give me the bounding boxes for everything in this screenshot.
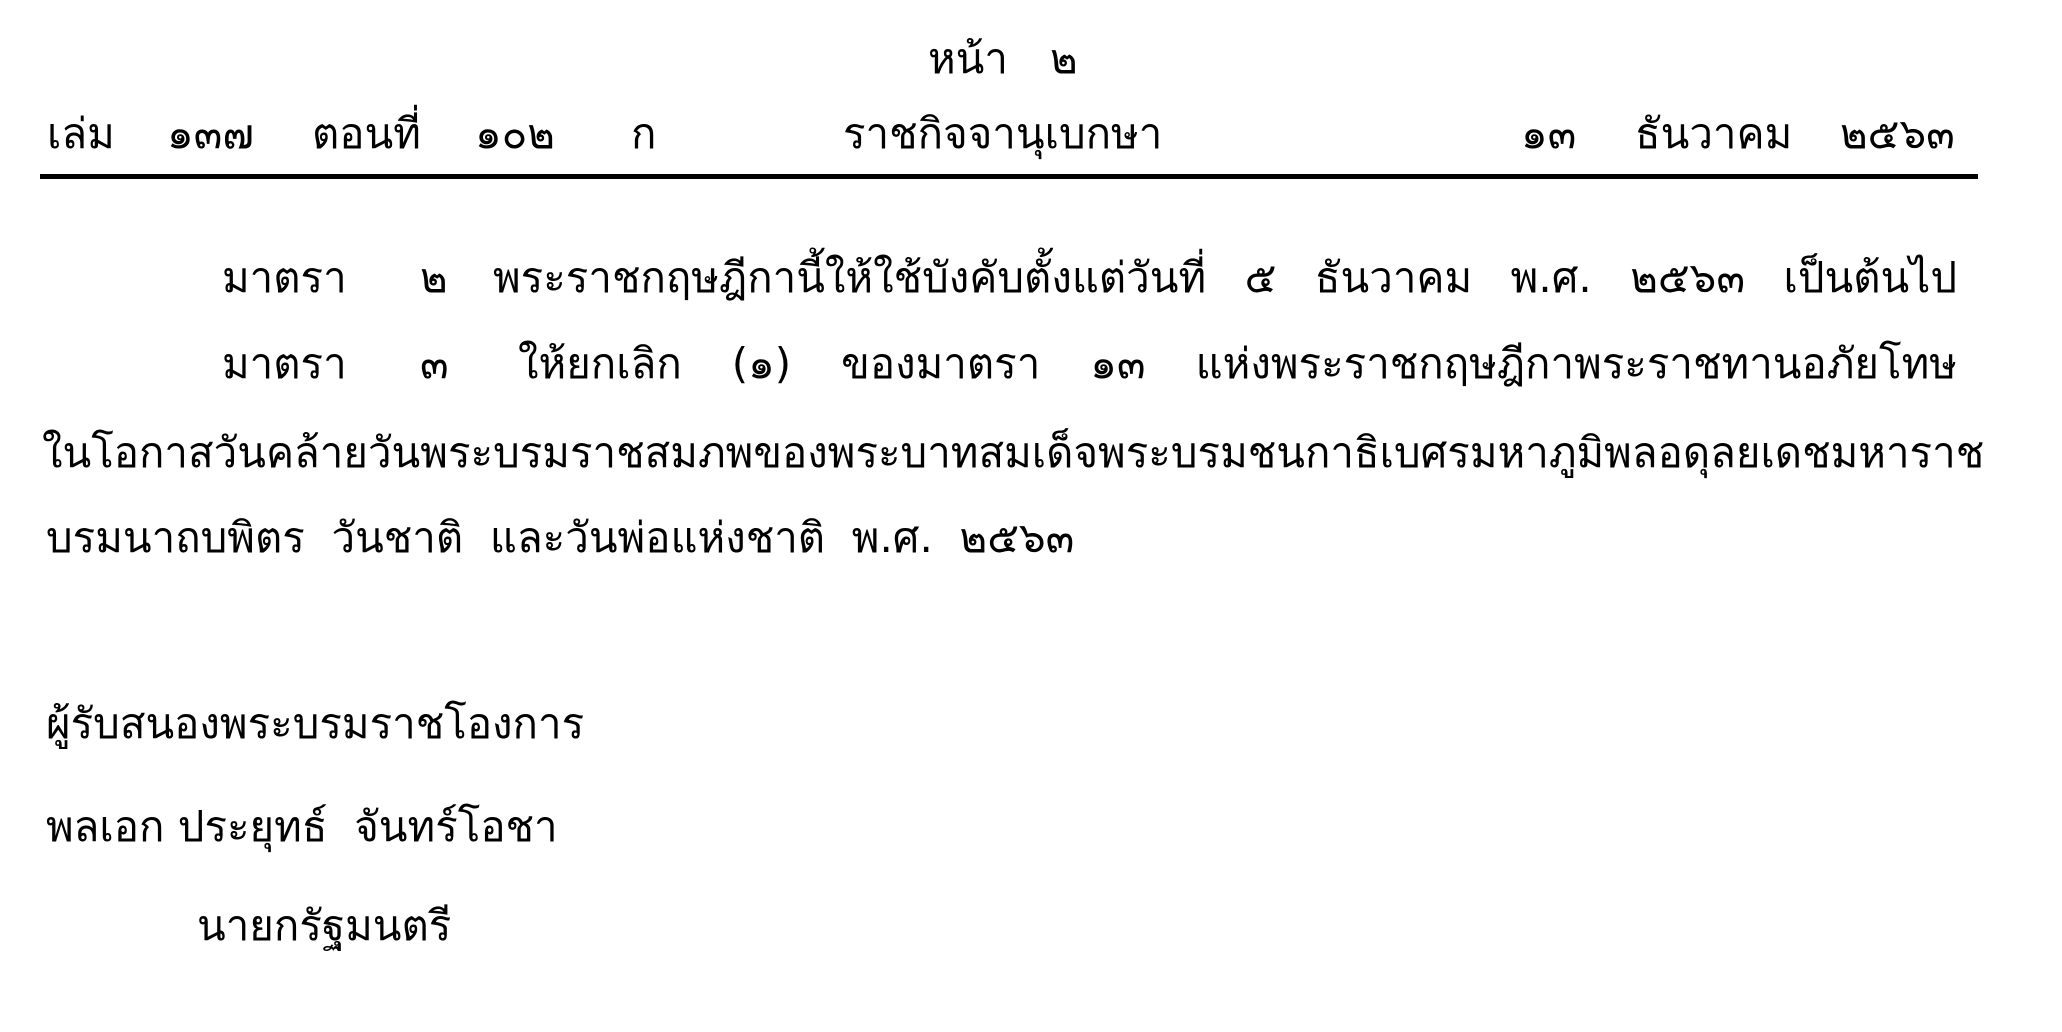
section2-label: มาตรา <box>222 257 347 299</box>
section2-word: พระราชกฤษฎีกานี้ให้ใช้บังคับตั้งแต่วันที… <box>493 257 1206 299</box>
page-number: ๒ <box>1050 38 1078 80</box>
publication-title: ราชกิจจานุเบกษา <box>843 113 1162 155</box>
countersign-label: ผู้รับสนองพระบรมราชโองการ <box>46 703 584 745</box>
volume-number: ๑๓๗ <box>167 113 254 155</box>
section3-word: ของมาตรา <box>841 343 1040 385</box>
section3-number: ๓ <box>420 343 449 385</box>
section3-word: ๑๓ <box>1090 343 1145 385</box>
section3-label: มาตรา <box>222 343 347 385</box>
section3-word: มหาภูมิพลอดุลยเดชมหาราช <box>1470 432 1984 474</box>
date-month: ธันวาคม <box>1635 113 1792 155</box>
signatory-title: นายกรัฐมนตรี <box>197 905 451 947</box>
section3-line1: ให้ยกเลิก (๑) ของมาตรา ๑๓ แห่งพระราชกฤษฎ… <box>518 343 1957 385</box>
section3-word: ให้ยกเลิก <box>518 343 682 385</box>
section-suffix: ก <box>631 113 656 155</box>
section3-word: ในโอกาสวันคล้ายวันพระบรมราชสมภพของพระบาท… <box>42 432 1470 474</box>
section2-word: พ.ศ. <box>1511 257 1592 299</box>
section2-text: พระราชกฤษฎีกานี้ให้ใช้บังคับตั้งแต่วันที… <box>493 257 1957 299</box>
page-number-text: ๒ <box>1050 34 1078 83</box>
page-label: หน้า <box>928 38 1008 80</box>
signatory-name: พลเอก ประยุทธ์ จันทร์โอชา <box>46 806 558 848</box>
header-divider <box>40 174 1978 179</box>
section2-word: เป็นต้นไป <box>1784 257 1958 299</box>
section3-word: แห่งพระราชกฤษฎีกาพระราชทานอภัยโทษ <box>1196 343 1957 385</box>
section3-line2: ในโอกาสวันคล้ายวันพระบรมราชสมภพของพระบาท… <box>42 432 1957 474</box>
section3-word: (๑) <box>732 343 791 385</box>
date-day: ๑๓ <box>1521 113 1576 155</box>
page-label-text: หน้า <box>928 34 1008 83</box>
section2-word: ธันวาคม <box>1315 257 1472 299</box>
section2-number: ๒ <box>420 257 448 299</box>
date-year: ๒๕๖๓ <box>1840 113 1955 155</box>
volume-label: เล่ม <box>47 113 115 155</box>
section2-word: ๒๕๖๓ <box>1630 257 1745 299</box>
section-label: ตอนที่ <box>312 113 421 155</box>
section2-word: ๕ <box>1245 257 1277 299</box>
section3-line3: บรมนาถบพิตร วันชาติ และวันพ่อแห่งชาติ พ.… <box>46 517 1074 559</box>
section-number: ๑๐๒ <box>475 113 555 155</box>
